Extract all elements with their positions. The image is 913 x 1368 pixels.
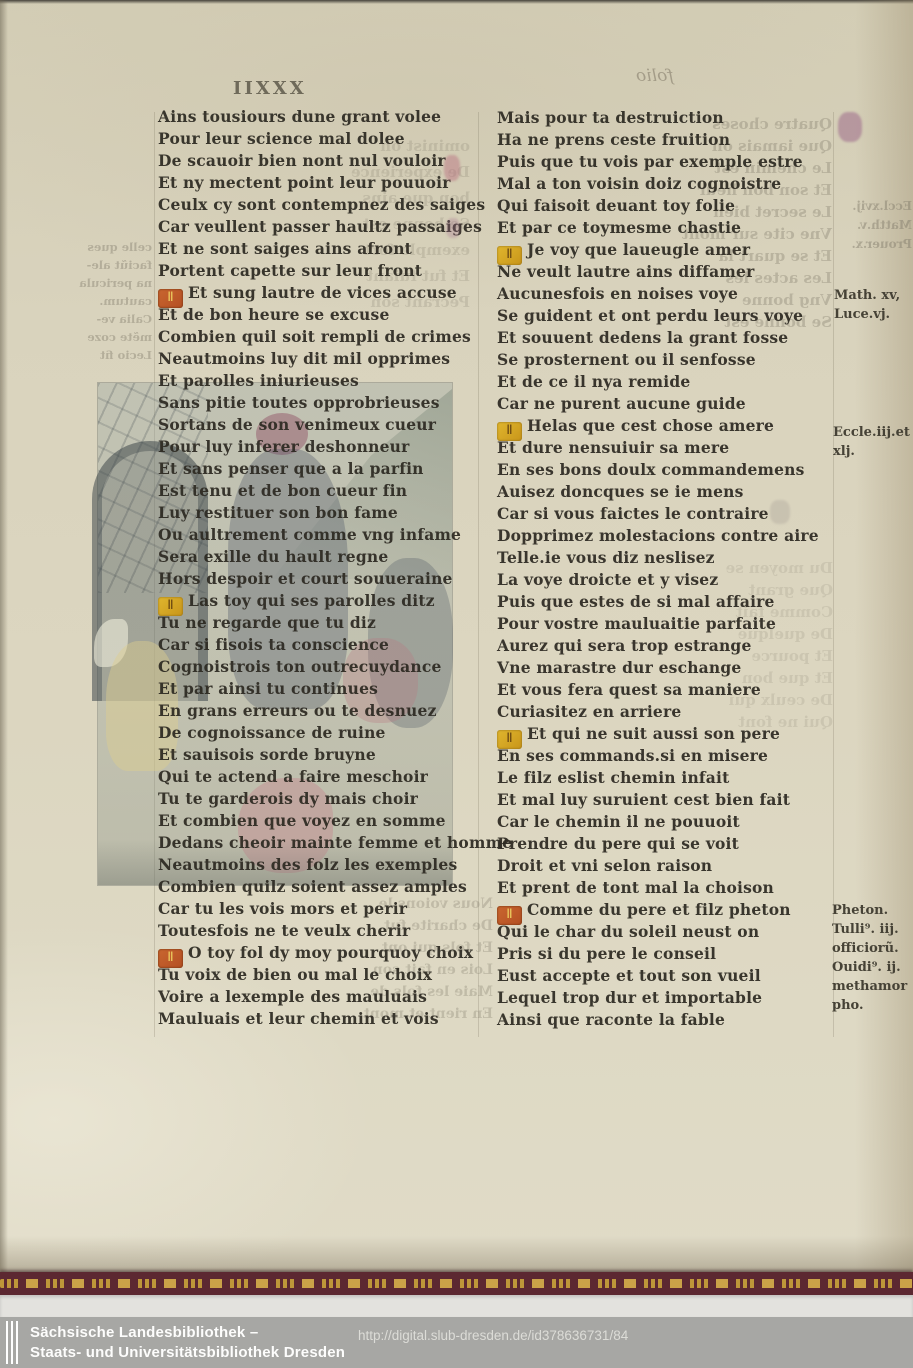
verse-line: Car tu les vois mors et perir — [158, 898, 470, 920]
verse-column-right: Mais pour ta destruictionHa ne prens ces… — [497, 107, 837, 1031]
verse-line: Ne veult lautre ains diffamer — [497, 261, 837, 283]
note-line: Lecio fit — [56, 346, 152, 364]
verse-line: Neautmoins luy dit mil opprimes — [158, 348, 470, 370]
verse-line: Prendre du pere qui se voit — [497, 833, 837, 855]
verse-line: Ceulx cy sont contempnez des saiges — [158, 194, 470, 216]
scan-background-strip — [0, 1295, 913, 1317]
ink-blotch — [838, 112, 862, 142]
verse-line: Ains tousiours dune grant volee — [158, 106, 470, 128]
scanned-manuscript-view: IIXXX folio Ains tousiours dune grant vo… — [0, 0, 913, 1368]
verse-line: Ou aultrement comme vng infame — [158, 524, 470, 546]
note-line: mẽte coze — [56, 328, 152, 346]
verse-line: Et ny mectent point leur pouuoir — [158, 172, 470, 194]
verse-line: ǁLas toy qui ses parolles ditz — [158, 590, 470, 612]
note-line: Luce.vj. — [834, 305, 900, 324]
page-left-edge — [0, 0, 8, 1272]
verse-line: Tu ne regarde que tu diz — [158, 612, 470, 634]
note-line: Math. xv, — [834, 286, 900, 305]
verse-line: Pour luy inferer deshonneur — [158, 436, 470, 458]
gold-tooling-pattern — [0, 1279, 913, 1288]
verse-line: De cognoissance de ruine — [158, 722, 470, 744]
note-line: Prouer.x. — [828, 235, 912, 254]
verse-line: Dopprimez molestacions contre aire — [497, 525, 837, 547]
verse-line: Et prent de tont mal la choison — [497, 877, 837, 899]
bleedthrough-text: celle quesfaciũt ale-na periculacautum.C… — [56, 238, 152, 364]
note-line: officiorũ. — [832, 939, 907, 958]
note-line: Matth.v. — [828, 216, 912, 235]
verse-line: Se guident et ont perdu leurs voye — [497, 305, 837, 327]
note-line: Pheton. — [832, 901, 907, 920]
folio-number: IIXXX — [233, 78, 307, 99]
verse-line: Et combien que voyez en somme — [158, 810, 470, 832]
verse-line: Mais pour ta destruiction — [497, 107, 837, 129]
note-line: Tulli⁹. iij. — [832, 920, 907, 939]
marginal-note-eccle: Eccle.iij.etxlj. — [833, 423, 910, 461]
page-bottom-shadow — [0, 1236, 913, 1272]
verse-line: Mal a ton voisin doiz cognoistre — [497, 173, 837, 195]
verse-line: Dedans cheoir mainte femme et homme — [158, 832, 470, 854]
verse-line: Portent capette sur leur front — [158, 260, 470, 282]
note-line: Calia ve- — [56, 310, 152, 328]
verse-line: Et parolles iniurieuses — [158, 370, 470, 392]
verse-line: Et ne sont saiges ains afront — [158, 238, 470, 260]
book-binding-edge — [0, 1272, 913, 1295]
verse-line: Auisez doncques se ie mens — [497, 481, 837, 503]
verse-line: ǁHelas que cest chose amere — [497, 415, 837, 437]
note-line: pho. — [832, 996, 907, 1015]
document-url: http://digital.slub-dresden.de/id3786367… — [358, 1328, 628, 1343]
verse-line: Ainsi que raconte la fable — [497, 1009, 837, 1031]
note-line: Eccl.xvij. — [828, 197, 912, 216]
note-line: Ouidi⁹. ij. — [832, 958, 907, 977]
verse-line: Se prosternent ou il senfosse — [497, 349, 837, 371]
verse-line: Puis que tu vois par exemple estre — [497, 151, 837, 173]
folio-bleedthrough: folio — [636, 66, 674, 86]
verse-line: Sera exille du hault regne — [158, 546, 470, 568]
verse-line: Pris si du pere le conseil — [497, 943, 837, 965]
verse-line: Aurez qui sera trop estrange — [497, 635, 837, 657]
verse-line: Neautmoins des folz les exemples — [158, 854, 470, 876]
verse-line: Pour vostre mauluaitie parfaite — [497, 613, 837, 635]
verse-line: Et dure nensuiuir sa mere — [497, 437, 837, 459]
note-line: cautum. — [56, 292, 152, 310]
verse-line: Combien quil soit rempli de crimes — [158, 326, 470, 348]
verse-line: Car si fisois ta conscience — [158, 634, 470, 656]
verse-line: Car veullent passer haultz passaiges — [158, 216, 470, 238]
verse-line: Toutesfois ne te veulx cherir — [158, 920, 470, 942]
verse-line: ǁEt sung lautre de vices accuse — [158, 282, 470, 304]
verse-line: Et sans penser que a la parfin — [158, 458, 470, 480]
library-name-line1: Sächsische Landesbibliothek – — [30, 1324, 258, 1341]
verse-line: Hors despoir et court souueraine — [158, 568, 470, 590]
verse-line: Cognoistrois ton outrecuydance — [158, 656, 470, 678]
verse-line: Telle.ie vous diz neslisez — [497, 547, 837, 569]
verse-line: Et sauisois sorde bruyne — [158, 744, 470, 766]
verse-line: Tu te garderois dy mais choir — [158, 788, 470, 810]
verse-line: Mauluais et leur chemin et vois — [158, 1008, 470, 1030]
verse-column-left: Ains tousiours dune grant voleePour leur… — [158, 106, 470, 1030]
note-line: faciũt ale- — [56, 256, 152, 274]
verse-line: Aucunesfois en noises voye — [497, 283, 837, 305]
note-line: celle ques — [56, 238, 152, 256]
verse-line: En grans erreurs ou te desnuez — [158, 700, 470, 722]
verse-line: Vne marastre dur eschange — [497, 657, 837, 679]
verse-line: Et par ainsi tu continues — [158, 678, 470, 700]
footer-bar: Sächsische Landesbibliothek – Staats- un… — [0, 1317, 913, 1368]
verse-line: Car le chemin il ne pouuoit — [497, 811, 837, 833]
verse-line: Droit et vni selon raison — [497, 855, 837, 877]
verse-line: Et par ce toymesme chastie — [497, 217, 837, 239]
verse-line: ǁJe voy que laueugle amer — [497, 239, 837, 261]
verse-line: ǁComme du pere et filz pheton — [497, 899, 837, 921]
note-line: methamor — [832, 977, 907, 996]
verse-line: Lequel trop dur et importable — [497, 987, 837, 1009]
page-right-edge-shadow — [855, 0, 913, 1272]
verse-line: Puis que estes de si mal affaire — [497, 591, 837, 613]
verse-line: Voire a lexemple des mauluais — [158, 986, 470, 1008]
verse-line: De scauoir bien nont nul vouloir — [158, 150, 470, 172]
verse-line: Et vous fera quest sa maniere — [497, 679, 837, 701]
verse-line: Sans pitie toutes opprobrieuses — [158, 392, 470, 414]
marginal-note-pheton: Pheton.Tulli⁹. iij.officiorũ.Ouidi⁹. ij.… — [832, 901, 907, 1015]
ink-blotch — [444, 155, 460, 181]
verse-line: ǁO toy fol dy moy pourquoy choix — [158, 942, 470, 964]
verse-line: En ses bons doulx commandemens — [497, 459, 837, 481]
verse-line: Est tenu et de bon cueur fin — [158, 480, 470, 502]
verse-line: Et de ce il nya remide — [497, 371, 837, 393]
verse-line: Sortans de son venimeux cueur — [158, 414, 470, 436]
note-line: Eccle.iij.et — [833, 423, 910, 442]
note-line: xlj. — [833, 442, 910, 461]
verse-line: Combien quilz soient assez amples — [158, 876, 470, 898]
note-line: na pericula — [56, 274, 152, 292]
verse-line: La voye droicte et y visez — [497, 569, 837, 591]
page-top-edge — [0, 0, 913, 4]
ink-blotch — [446, 218, 460, 238]
verse-line: Qui faisoit deuant toy folie — [497, 195, 837, 217]
verse-line: Le filz eslist chemin infait — [497, 767, 837, 789]
verse-line: Pour leur science mal dolee — [158, 128, 470, 150]
verse-line: Et de bon heure se excuse — [158, 304, 470, 326]
ink-blotch — [770, 500, 790, 524]
verse-line: En ses commands.si en misere — [497, 745, 837, 767]
page-marker-icon — [6, 1321, 18, 1364]
bleedthrough-citation: Eccl.xvij.Matth.v.Prouer.x. — [828, 197, 912, 254]
verse-line: Eust accepte et tout son vueil — [497, 965, 837, 987]
manuscript-page: IIXXX folio Ains tousiours dune grant vo… — [0, 0, 913, 1272]
verse-line: Car ne purent aucune guide — [497, 393, 837, 415]
verse-line: Et souuent dedens la grant fosse — [497, 327, 837, 349]
verse-line: Tu voix de bien ou mal le choix — [158, 964, 470, 986]
verse-line: Curiasitez en arriere — [497, 701, 837, 723]
verse-line: Qui te actend a faire meschoir — [158, 766, 470, 788]
verse-line: ǁEt qui ne suit aussi son pere — [497, 723, 837, 745]
library-name-line2: Staats- und Universitätsbibliothek Dresd… — [30, 1344, 345, 1361]
verse-line: Qui le char du soleil neust on — [497, 921, 837, 943]
verse-line: Et mal luy suruient cest bien fait — [497, 789, 837, 811]
verse-line: Ha ne prens ceste fruition — [497, 129, 837, 151]
verse-line: Luy restituer son bon fame — [158, 502, 470, 524]
marginal-note-math-luce: Math. xv,Luce.vj. — [834, 286, 900, 324]
